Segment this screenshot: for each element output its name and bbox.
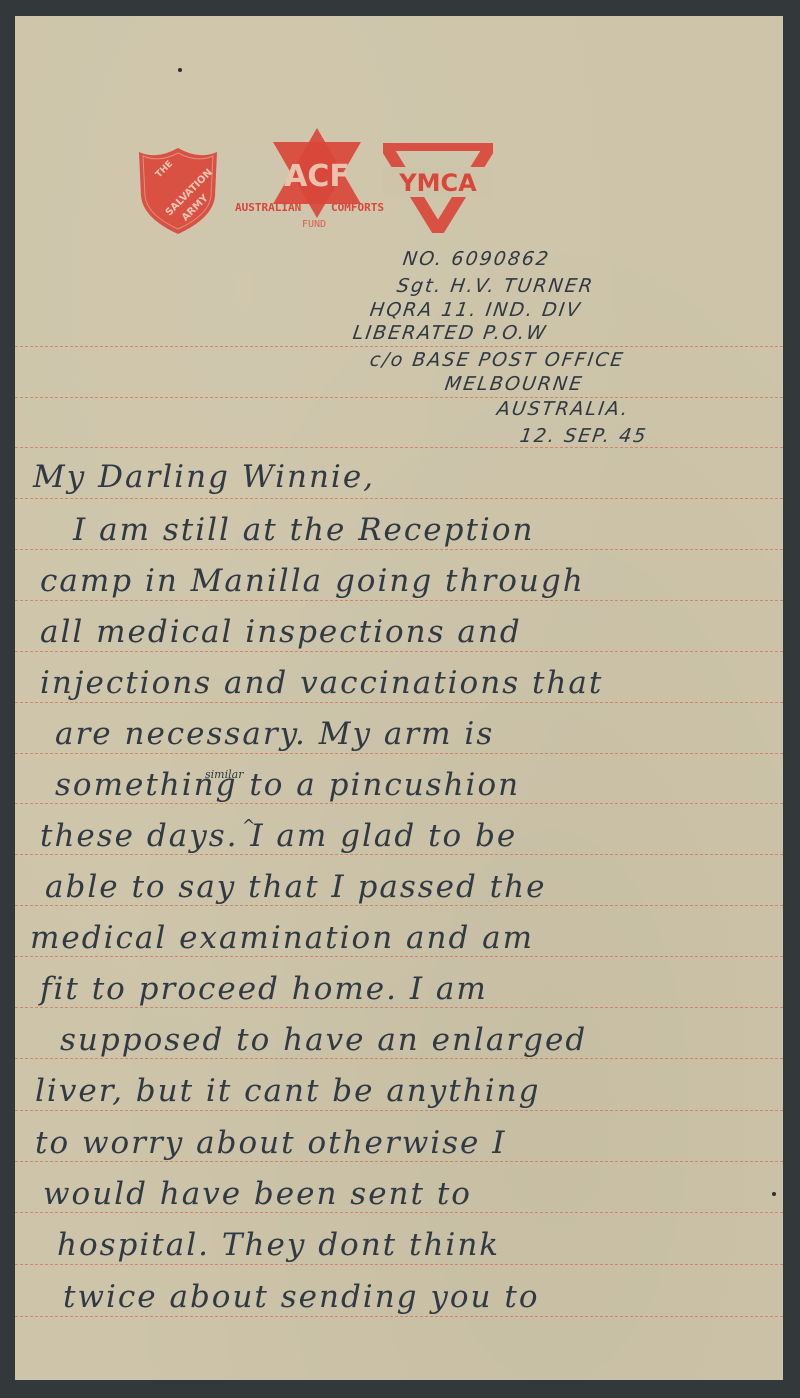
- sender-name: Sgt. H.V. TURNER: [395, 275, 595, 297]
- sender-address-line2: MELBOURNE: [443, 373, 584, 395]
- ink-speck: [772, 1192, 776, 1196]
- letter-line: are necessary. My arm is: [55, 716, 494, 752]
- ruled-line: [15, 854, 783, 855]
- acf-australian-label: AUSTRALIAN: [235, 201, 301, 214]
- letter-line: twice about sending you to: [63, 1279, 540, 1315]
- ruled-line: [15, 651, 783, 652]
- letter-line: medical examination and am: [30, 920, 534, 956]
- sender-unit: HQRA 11. IND. DIV: [368, 299, 583, 321]
- sender-status: LIBERATED P.O.W: [351, 322, 548, 344]
- ruled-line: [15, 600, 783, 601]
- ruled-line: [15, 1007, 783, 1008]
- svg-text:ACF: ACF: [284, 159, 350, 194]
- letter-line: liver, but it cant be anything: [35, 1073, 540, 1109]
- letter-line: these days. I am glad to be: [40, 818, 517, 854]
- ruled-line: [15, 803, 783, 804]
- svg-text:YMCA: YMCA: [398, 169, 477, 197]
- ruled-line: [15, 447, 783, 448]
- letter-date: 12. SEP. 45: [518, 425, 649, 447]
- sender-address-line3: AUSTRALIA.: [495, 398, 630, 420]
- ruled-line: [15, 1316, 783, 1317]
- ruled-line: [15, 1058, 783, 1059]
- acf-comforts-label: COMFORTS: [331, 201, 384, 214]
- letter-line: hospital. They dont think: [57, 1227, 500, 1263]
- sender-address-line1: c/o BASE POST OFFICE: [368, 349, 626, 371]
- letter-line: injections and vaccinations that: [40, 665, 603, 701]
- letter-line: something to a pincushion: [55, 767, 520, 803]
- ruled-line: [15, 549, 783, 550]
- service-number: NO. 6090862: [401, 248, 551, 270]
- letter-line: I am still at the Reception: [73, 512, 534, 548]
- letter-line: all medical inspections and: [40, 614, 522, 650]
- letter-line: supposed to have an enlarged: [60, 1022, 587, 1058]
- ruled-line: [15, 1110, 783, 1111]
- ruled-line: [15, 498, 783, 499]
- letter-greeting: My Darling Winnie,: [33, 459, 375, 495]
- letter-line: to worry about otherwise I: [35, 1125, 507, 1161]
- ruled-line: [15, 1264, 783, 1265]
- ruled-line: [15, 753, 783, 754]
- ruled-line: [15, 956, 783, 957]
- ruled-line: [15, 346, 783, 347]
- acf-fund-label: FUND: [302, 219, 326, 230]
- salvation-army-shield-icon: THE SALVATION ARMY: [135, 146, 221, 236]
- ruled-line: [15, 905, 783, 906]
- letter-line: camp in Manilla going through: [40, 563, 585, 599]
- letter-line: able to say that I passed the: [45, 869, 546, 905]
- ruled-line: [15, 1161, 783, 1162]
- letter-page: THE SALVATION ARMY ACF AUSTRALIAN COMFOR…: [15, 16, 783, 1380]
- ink-speck: [178, 68, 182, 72]
- letter-line: would have been sent to: [43, 1176, 472, 1212]
- letter-line: fit to proceed home. I am: [40, 971, 488, 1007]
- ymca-triangle-icon: YMCA: [383, 143, 493, 233]
- letterhead: THE SALVATION ARMY ACF AUSTRALIAN COMFOR…: [135, 121, 495, 251]
- ruled-line: [15, 702, 783, 703]
- ruled-line: [15, 1212, 783, 1213]
- scan-frame: THE SALVATION ARMY ACF AUSTRALIAN COMFOR…: [0, 0, 800, 1398]
- ruled-line: [15, 397, 783, 398]
